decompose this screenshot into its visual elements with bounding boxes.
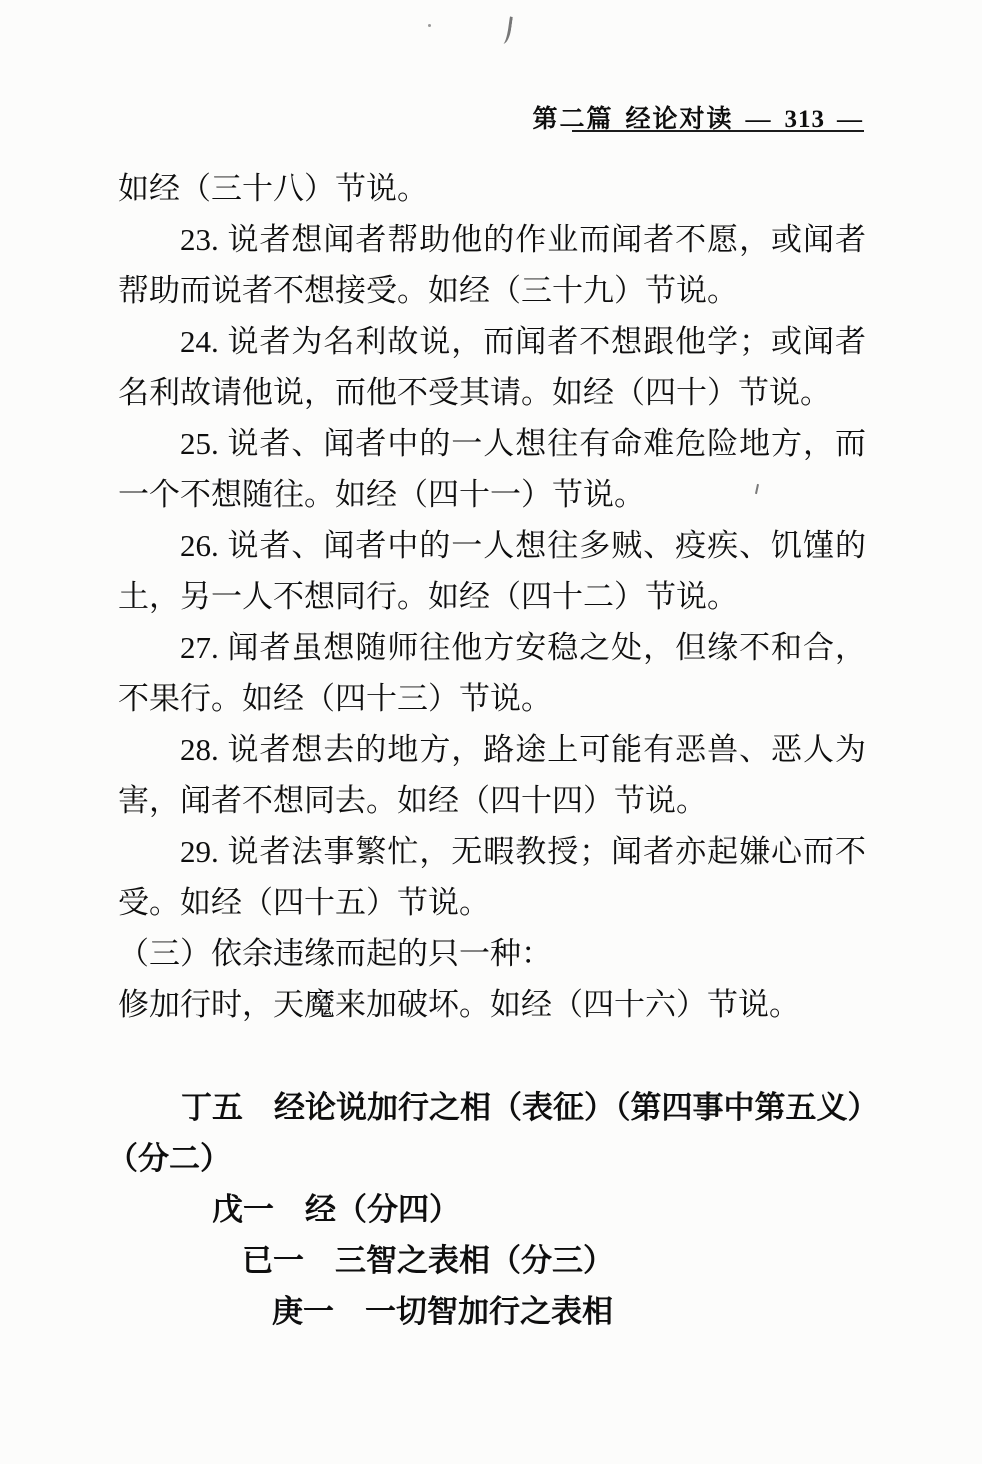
text-line: 29. 说者法事繁忙，无暇教授；闻者亦起嫌心而不听 — [118, 826, 866, 877]
text-line: （分二） — [118, 1133, 866, 1184]
text-line: 28. 说者想去的地方，路途上可能有恶兽、恶人为 — [118, 724, 866, 775]
book-page: 第二篇 经论对读 — 313 — 如经（三十八）节说。23. 说者想闻者帮助他的… — [0, 0, 982, 1464]
text-line: 27. 闻者虽想随师往他方安稳之处，但缘不和合，卒 — [118, 622, 866, 673]
text-line: 害，闻者不想同去。如经（四十四）节说。 — [118, 775, 866, 826]
scan-artifact-squiggle — [499, 15, 513, 44]
text-line: 庚一 一切智加行之表相 — [118, 1286, 866, 1337]
text-line: 丁五 经论说加行之相（表征）（第四事中第五义） — [118, 1082, 866, 1133]
text-line: 23. 说者想闻者帮助他的作业而闻者不愿，或闻者想 — [118, 214, 866, 265]
text-line: 不果行。如经（四十三）节说。 — [118, 673, 866, 724]
text-line: 一个不想随往。如经（四十一）节说。 — [118, 469, 866, 520]
text-block: 如经（三十八）节说。23. 说者想闻者帮助他的作业而闻者不愿，或闻者想帮助而说者… — [118, 163, 866, 1337]
text-line: 戊一 经（分四） — [118, 1184, 866, 1235]
text-line: （三）依余违缘而起的只一种： — [118, 928, 866, 979]
text-line: 已一 三智之表相（分三） — [118, 1235, 866, 1286]
scan-artifact-dot — [428, 24, 431, 27]
text-line: 26. 说者、闻者中的一人想往多贼、疫疾、饥馑的国 — [118, 520, 866, 571]
text-line: 如经（三十八）节说。 — [118, 163, 866, 214]
text-line: 帮助而说者不想接受。如经（三十九）节说。 — [118, 265, 866, 316]
text-line: 修加行时，天魔来加破坏。如经（四十六）节说。 — [118, 979, 866, 1030]
text-line: 土，另一人不想同行。如经（四十二）节说。 — [118, 571, 866, 622]
text-line: 名利故请他说，而他不受其请。如经（四十）节说。 — [118, 367, 866, 418]
text-line: 25. 说者、闻者中的一人想往有命难危险地方，而另 — [118, 418, 866, 469]
header-rule — [572, 130, 864, 132]
text-line: 受。如经（四十五）节说。 — [118, 877, 866, 928]
text-line: 24. 说者为名利故说，而闻者不想跟他学；或闻者为 — [118, 316, 866, 367]
